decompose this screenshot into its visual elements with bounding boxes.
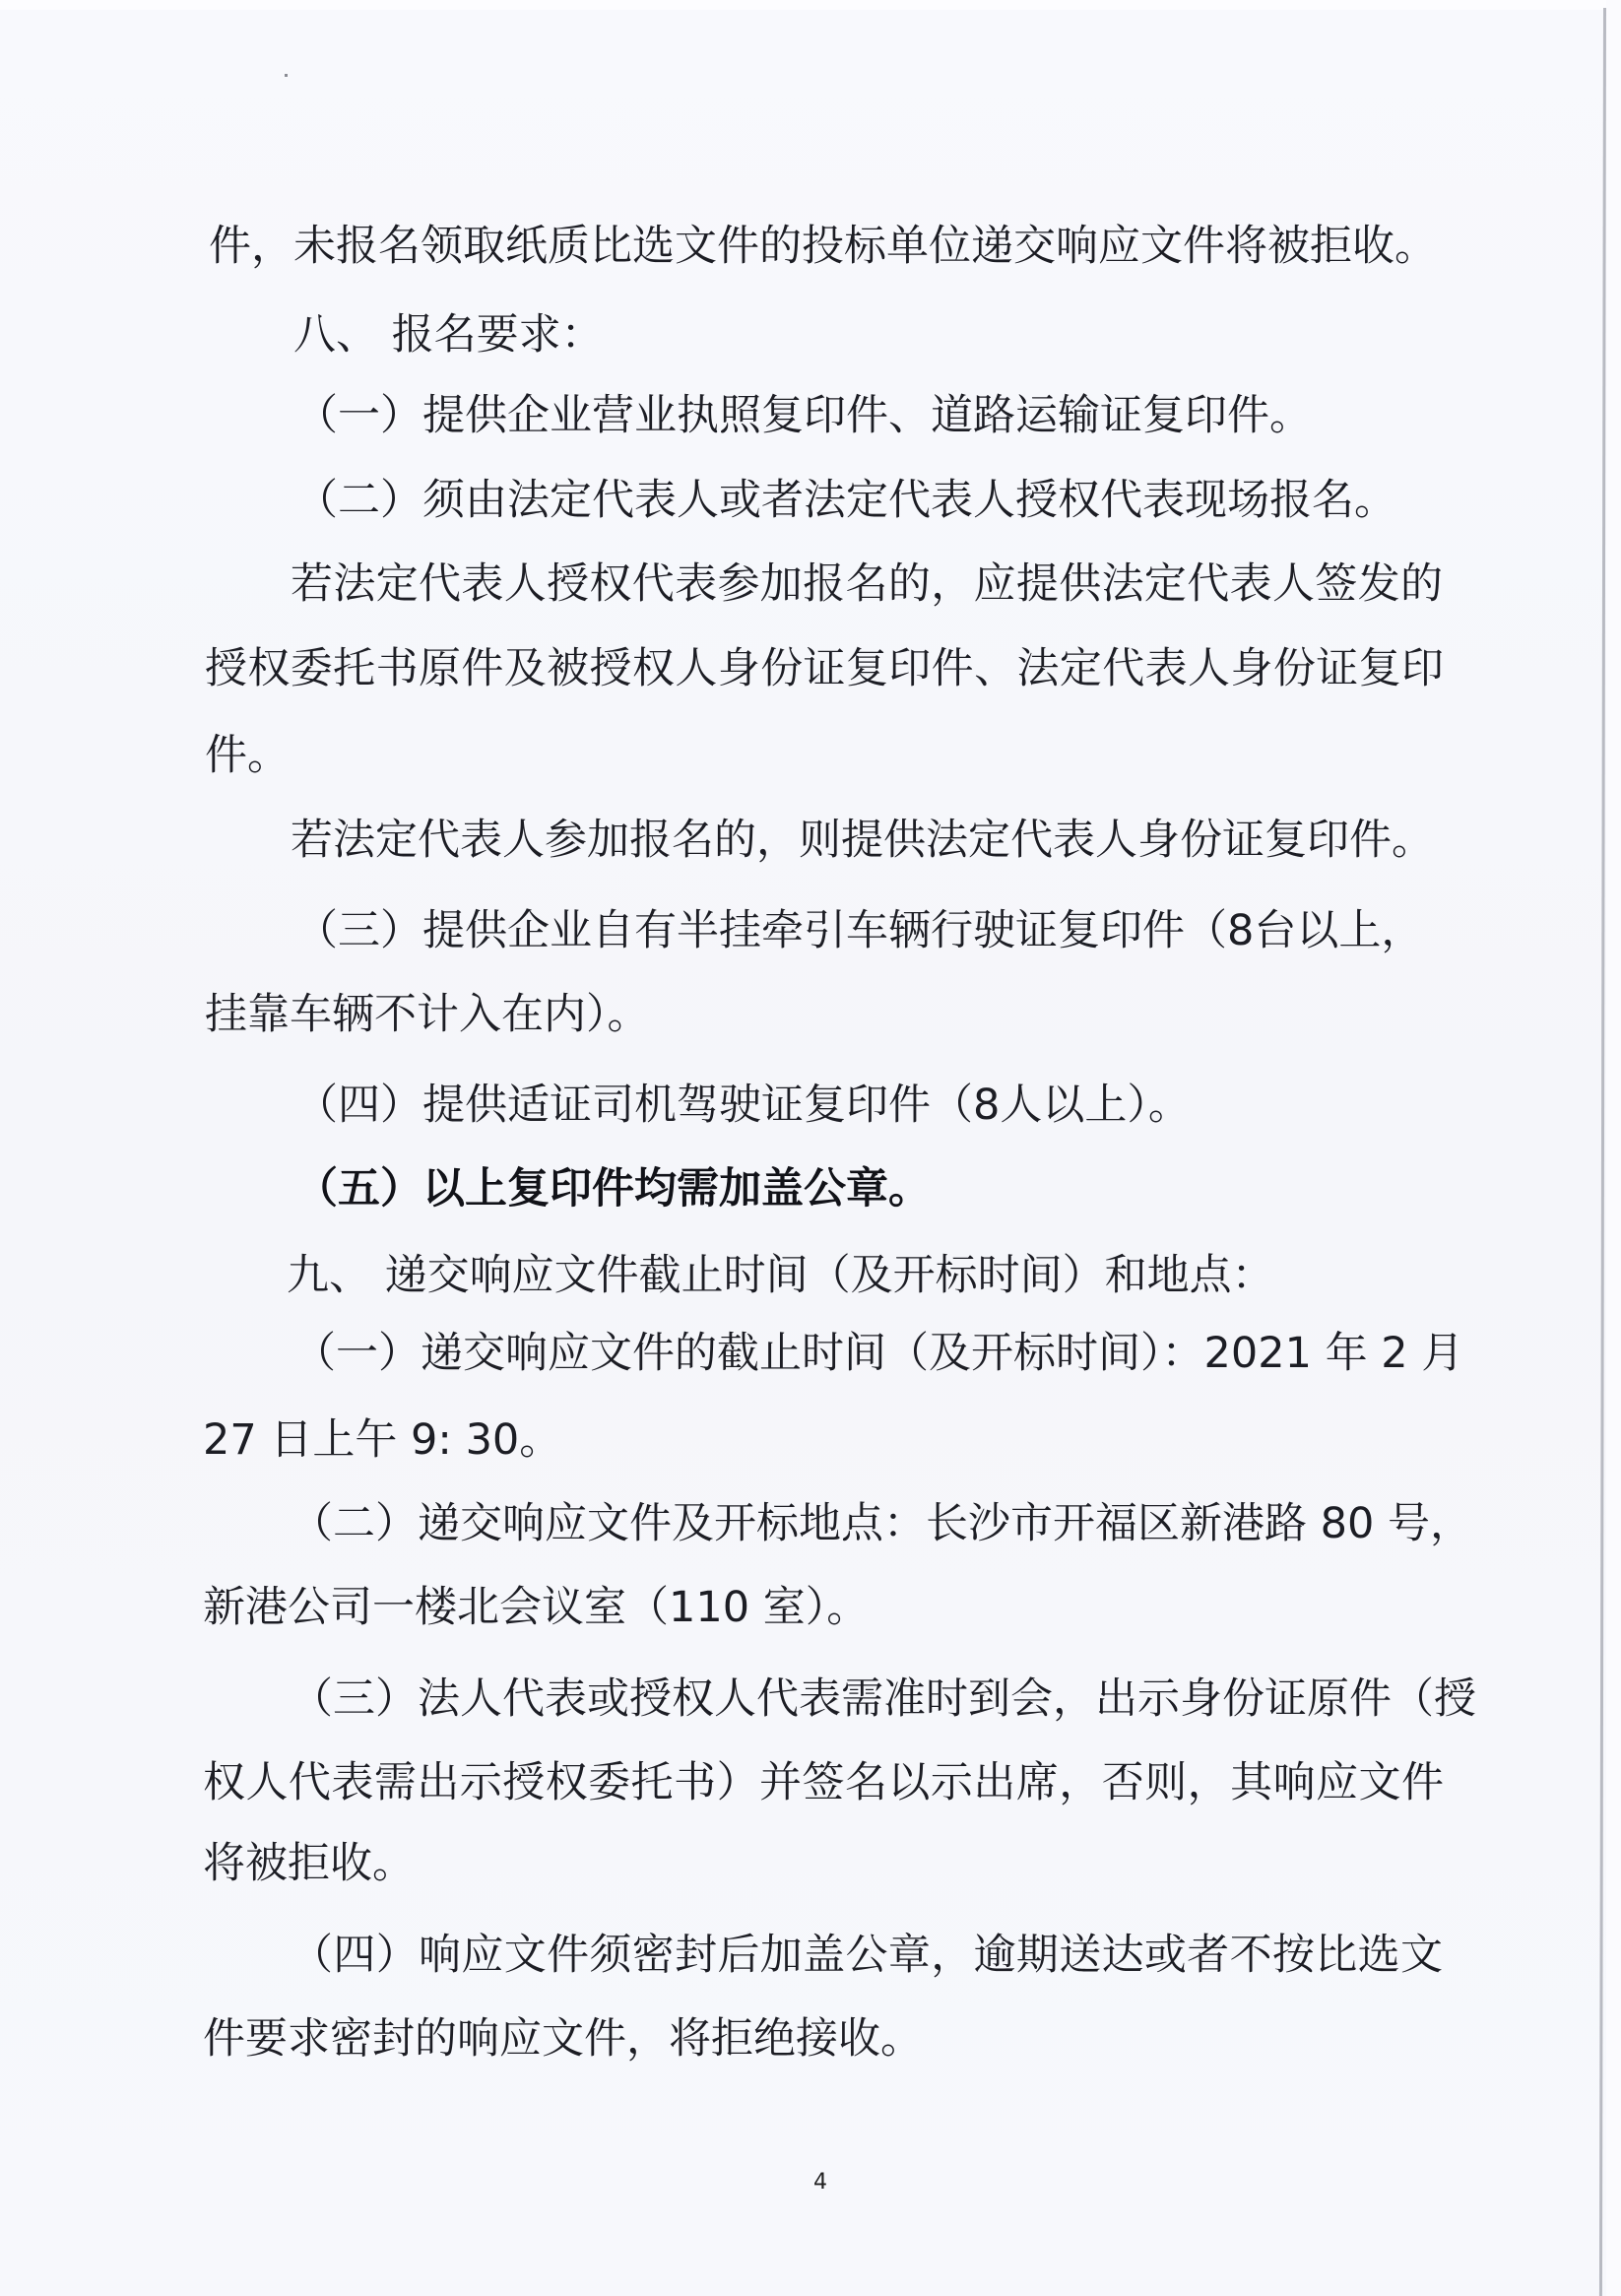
list-item-8-1: （一）提供企业营业执照复印件、道路运输证复印件。 <box>295 394 1312 437</box>
paragraph-line: 27 日上午 9: 30。 <box>203 1418 561 1462</box>
paragraph-line: 若法定代表人授权代表参加报名的，应提供法定代表人签发的 <box>291 562 1443 606</box>
list-item-9-3: （三）法人代表或授权人代表需准时到会，出示身份证原件（授 <box>291 1677 1443 1721</box>
section-heading-8: 八、 报名要求： <box>293 313 604 357</box>
scan-top-margin <box>0 0 1621 10</box>
section-heading-9: 九、 递交响应文件截止时间（及开标时间）和地点： <box>287 1254 1273 1297</box>
list-item-8-2: （二）须由法定代表人或者法定代表人授权代表现场报名。 <box>295 479 1391 522</box>
list-item-9-4: （四）响应文件须密封后加盖公章，逾期送达或者不按比选文 <box>291 1934 1443 1977</box>
paragraph-line: 将被拒收。 <box>203 1842 415 1885</box>
paragraph-line: 若法定代表人参加报名的，则提供法定代表人身份证复印件。 <box>291 819 1425 862</box>
paragraph-line: 权人代表需出示授权委托书）并签名以示出席，否则，其响应文件 <box>203 1761 1444 1804</box>
list-item-9-2: （二）递交响应文件及开标地点：长沙市开福区新港路 80 号， <box>291 1502 1425 1545</box>
scan-right-margin <box>1606 0 1621 2296</box>
list-item-8-5-bold: （五）以上复印件均需加盖公章。 <box>295 1167 931 1211</box>
paragraph-line: 新港公司一楼北会议室（110 室）。 <box>203 1586 869 1629</box>
paragraph-line: 件。 <box>205 734 290 777</box>
scanned-page: 件，未报名领取纸质比选文件的投标单位递交响应文件将被拒收。 八、 报名要求： （… <box>0 0 1621 2296</box>
text-line-continuation: 件，未报名领取纸质比选文件的投标单位递交响应文件将被拒收。 <box>209 225 1426 268</box>
scan-edge-line <box>1599 8 1606 2296</box>
list-item-9-1: （一）递交响应文件的截止时间（及开标时间）：2021 年 2 月 <box>293 1332 1436 1375</box>
list-item-8-4: （四）提供适证司机驾驶证复印件（8人以上）。 <box>295 1083 1191 1127</box>
paragraph-line: 件要求密封的响应文件，将拒绝接收。 <box>203 2017 923 2061</box>
page-number: 4 <box>813 2170 827 2195</box>
scan-speck <box>285 74 288 77</box>
paragraph-line: 挂靠车辆不计入在内）。 <box>205 993 650 1036</box>
list-item-8-3: （三）提供企业自有半挂牵引车辆行驶证复印件（8台以上， <box>295 909 1418 952</box>
paragraph-line: 授权委托书原件及被授权人身份证复印件、法定代表人身份证复印 <box>205 647 1444 690</box>
